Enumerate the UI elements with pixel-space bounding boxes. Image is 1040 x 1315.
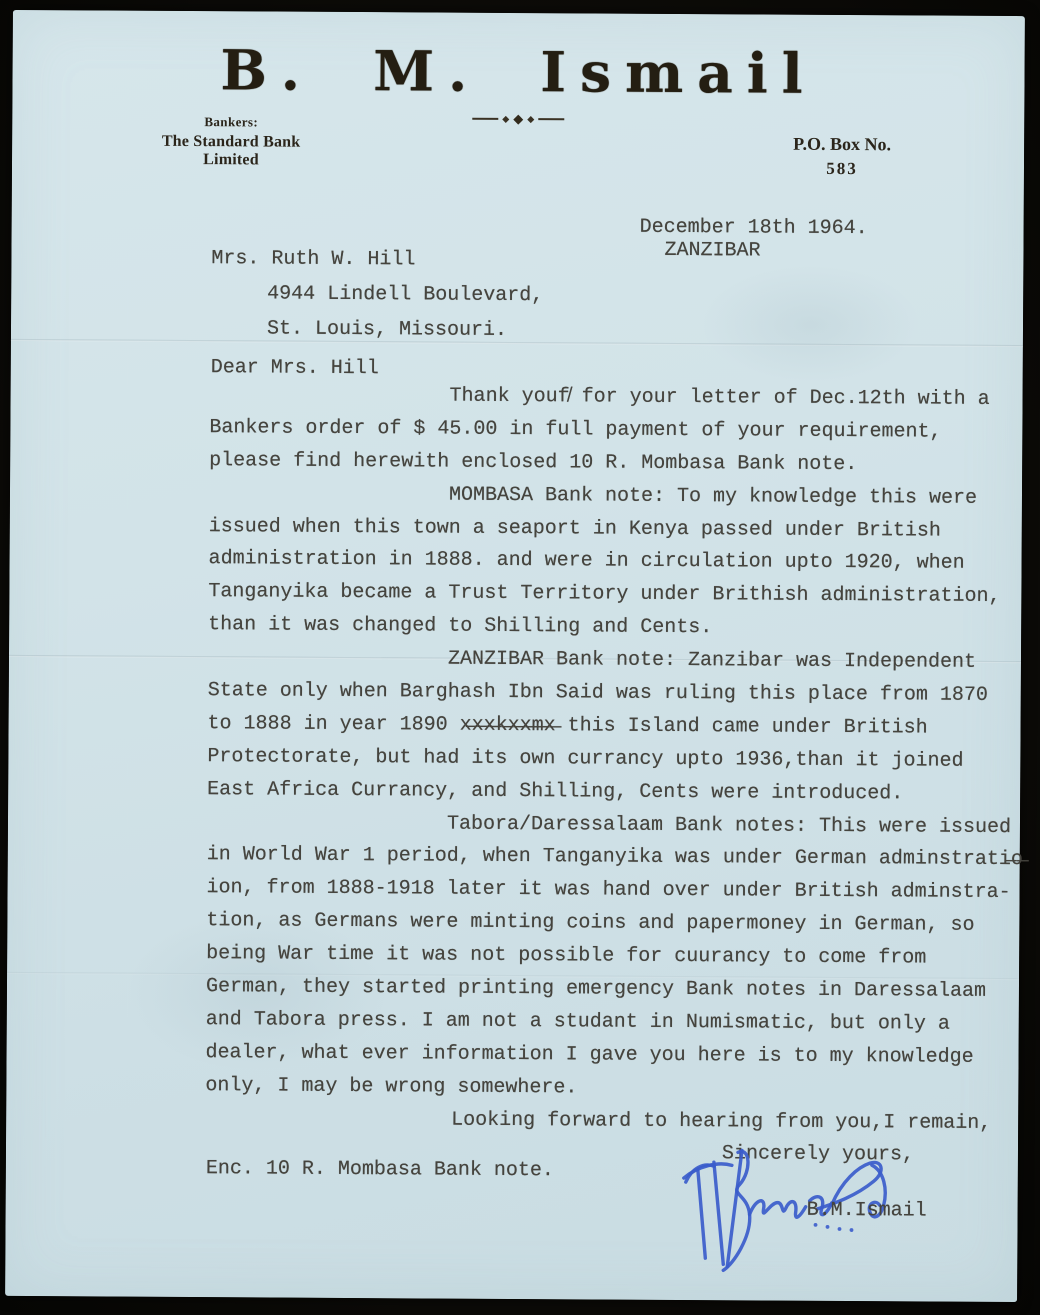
letterhead-name: B. M. Ismail xyxy=(12,36,1024,107)
recipient-line: St. Louis, Missouri. xyxy=(211,311,543,348)
letter-line: State only when Barghash Ibn Said was ru… xyxy=(208,675,1026,713)
bankers-name: The Standard Bank Limited xyxy=(141,133,321,170)
letter-line: and Tabora press. I am not a studant in … xyxy=(206,1004,1024,1042)
letter-line: being War time it was not possible for c… xyxy=(206,938,1024,976)
ornament-diamond: ◆ xyxy=(513,114,523,124)
ornament-dot xyxy=(527,116,534,123)
po-box-number: 583 xyxy=(772,159,912,180)
bankers-label: Bankers: xyxy=(141,114,321,131)
letter-line: MOMBASA Bank note: To my knowledge this … xyxy=(209,478,1027,516)
ornament-dot xyxy=(502,115,509,122)
letter-line: tion, as Germans were minting coins and … xyxy=(206,905,1024,943)
letter-line: issued when this town a seaport in Kenya… xyxy=(209,511,1027,549)
letter-line: in World War 1 period, when Tanganyika w… xyxy=(207,840,1025,878)
letter-date: December 18th 1964. xyxy=(640,216,868,240)
letter-paper: B. M. Ismail ◆ Bankers: The Standard Ban… xyxy=(5,10,1025,1302)
recipient-line: 4944 Lindell Boulevard, xyxy=(211,276,543,313)
letter-line: to 1888 in year 1890 x̶x̶x̶k̶x̶x̶m̶x̶ th… xyxy=(207,708,1025,746)
letter-line: Bankers order of $ 45.00 in full payment… xyxy=(209,412,1027,450)
letter-line: administration in 1888. and were in circ… xyxy=(208,544,1026,582)
bankers-block: Bankers: The Standard Bank Limited xyxy=(141,114,321,170)
ornament-rule-left xyxy=(472,118,498,120)
letter-place: ZANZIBAR xyxy=(664,239,760,263)
letter-line: ion, from 1888-1918 later it was hand ov… xyxy=(206,872,1024,910)
letter-line: than it was changed to Shilling and Cent… xyxy=(208,609,1026,647)
letter-line: ZANZIBAR Bank note: Zanzibar was Indepen… xyxy=(208,642,1026,680)
po-box-block: P.O. Box No. 583 xyxy=(772,134,912,180)
recipient-line: Mrs. Ruth W. Hill xyxy=(211,241,543,278)
typed-signature-name: B.M.Ismail xyxy=(807,1199,927,1223)
scan-background: B. M. Ismail ◆ Bankers: The Standard Ban… xyxy=(0,0,1040,1315)
letter-body: Thank youf̸ for your letter of Dec.12th … xyxy=(205,379,1028,1173)
po-box-label: P.O. Box No. xyxy=(772,134,912,156)
ornament-rule-right xyxy=(538,118,564,120)
letter-line: please find herewith enclosed 10 R. Momb… xyxy=(209,445,1027,483)
letter-line: East Africa Currancy, and Shilling, Cent… xyxy=(207,774,1025,812)
letter-line: Tanganyika became a Trust Territory unde… xyxy=(208,576,1026,614)
recipient-address: Mrs. Ruth W. Hill4944 Lindell Boulevard,… xyxy=(211,241,544,348)
date-line: December 18th 1964. ZANZIBAR xyxy=(567,192,868,286)
letter-line: Looking forward to hearing from you,I re… xyxy=(205,1103,1023,1141)
letter-line: Thank youf̸ for your letter of Dec.12th … xyxy=(209,379,1027,417)
letter-line: Protectorate, but had its own currancy u… xyxy=(207,741,1025,779)
letter-line: dealer, what ever information I gave you… xyxy=(205,1037,1023,1075)
letter-line: German, they started printing emergency … xyxy=(206,971,1024,1009)
enclosure-note: Enc. 10 R. Mombasa Bank note. xyxy=(206,1157,554,1182)
letter-line: only, I may be wrong somewhere. xyxy=(205,1070,1023,1108)
letter-line: Tabora/Daressalaam Bank notes: This were… xyxy=(207,807,1025,845)
